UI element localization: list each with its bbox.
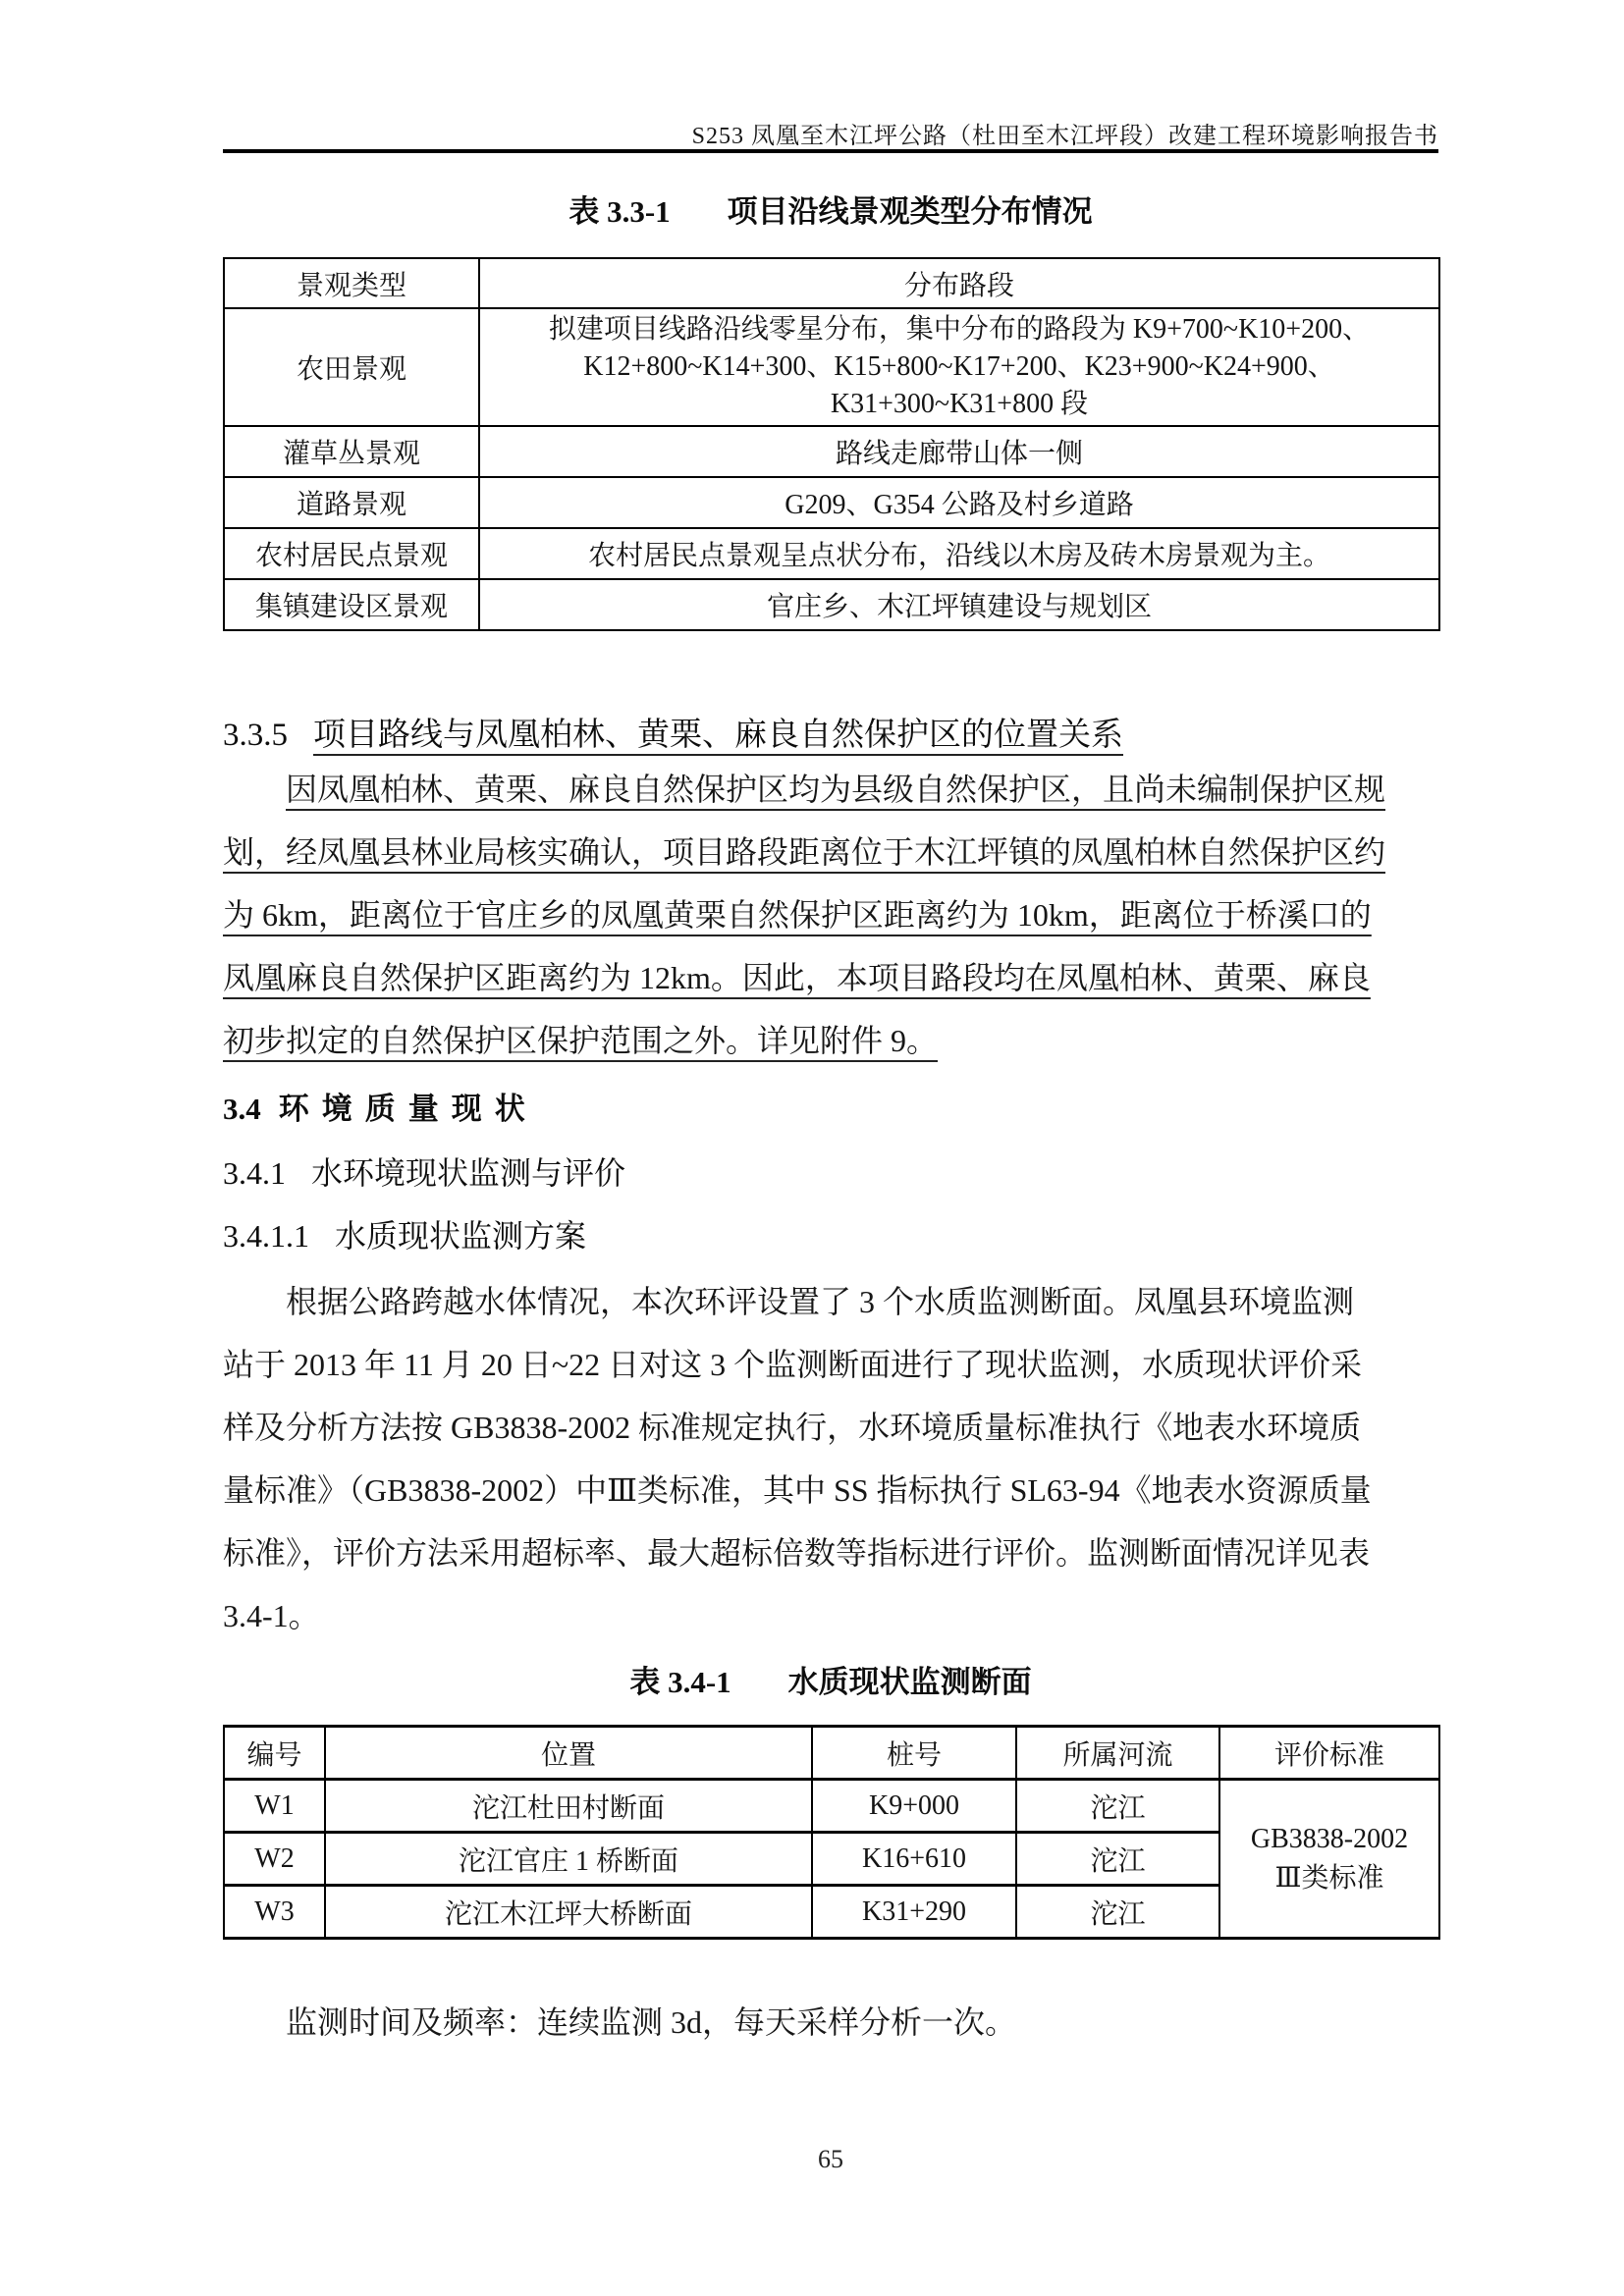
section-heading-3-3-5: 3.3.5项目路线与凤凰柏林、黄栗、麻良自然保护区的位置关系 [223, 709, 1438, 755]
section-heading-3-4-1: 3.4.1水环境现状监测与评价 [223, 1148, 1438, 1194]
cell-id: W1 [224, 1780, 325, 1833]
cell-landscape-type: 集镇建设区景观 [224, 579, 479, 630]
document-page: S253 凤凰至木江坪公路（杜田至木江坪段）改建工程环境影响报告书 表 3.3-… [0, 0, 1624, 2296]
paragraph-nature-reserves: 因凤凰柏林、黄栗、麻良自然保护区均为县级自然保护区，且尚未编制保护区规 划，经凤… [223, 758, 1438, 1072]
paragraph-line: 3.4-1。 [223, 1584, 1438, 1647]
table-row-shrub-grass: 灌草丛景观 路线走廊带山体一侧 [224, 426, 1439, 477]
cell-line: K12+800~K14+300、K15+800~K17+200、K23+900~… [488, 348, 1431, 386]
col-header-landscape-type: 景观类型 [224, 258, 479, 308]
table-row-road: 道路景观 G209、G354 公路及村乡道路 [224, 477, 1439, 528]
table-3-4-1-caption-label: 表 3.4-1 [629, 1657, 731, 1701]
cell-landscape-type: 农田景观 [224, 308, 479, 426]
col-header-id: 编号 [224, 1727, 325, 1780]
paragraph-line: 为 6km，距离位于官庄乡的凤凰黄栗自然保护区距离约为 10km，距离位于桥溪口… [223, 883, 1438, 946]
section-number: 3.4 [223, 1092, 261, 1126]
cell-id: W3 [224, 1886, 325, 1939]
table-header-row: 景观类型 分布路段 [224, 258, 1439, 308]
cell-river: 沱江 [1016, 1833, 1219, 1886]
section-heading-3-4-1-1: 3.4.1.1水质现状监测方案 [223, 1211, 1438, 1256]
cell-stake: K9+000 [812, 1780, 1016, 1833]
paragraph-line: 量标准》（GB3838-2002）中Ⅲ类标准，其中 SS 指标执行 SL63-9… [223, 1459, 1438, 1522]
paragraph-monitoring-frequency: 监测时间及频率：连续监测 3d，每天采样分析一次。 [223, 1998, 1438, 2043]
cell-distribution: 农村居民点景观呈点状分布，沿线以木房及砖木房景观为主。 [479, 528, 1439, 579]
paragraph-line-text: 划，经凤凰县林业局核实确认，项目路段距离位于木江坪镇的凤凰柏林自然保护区约 [223, 834, 1385, 870]
section-title: 水环境现状监测与评价 [311, 1155, 625, 1191]
paragraph-line: 标准》，评价方法采用超标率、最大超标倍数等指标进行评价。监测断面情况详见表 [223, 1522, 1438, 1584]
paragraph-line: 样及分析方法按 GB3838-2002 标准规定执行，水环境质量标准执行《地表水… [223, 1396, 1438, 1459]
cell-location: 沱江木江坪大桥断面 [325, 1886, 812, 1939]
table-row-farmland: 农田景观 拟建项目线路沿线零星分布，集中分布的路段为 K9+700~K10+20… [224, 308, 1439, 426]
table-header-row: 编号 位置 桩号 所属河流 评价标准 [224, 1727, 1439, 1780]
cell-id: W2 [224, 1833, 325, 1886]
cell-landscape-type: 农村居民点景观 [224, 528, 479, 579]
paragraph-line-text: 因凤凰柏林、黄栗、麻良自然保护区均为县级自然保护区，且尚未编制保护区规 [286, 772, 1385, 807]
table-row-town-construction: 集镇建设区景观 官庄乡、木江坪镇建设与规划区 [224, 579, 1439, 630]
paragraph-monitoring-plan: 根据公路跨越水体情况，本次环评设置了 3 个水质监测断面。凤凰县环境监测 站于 … [223, 1270, 1438, 1647]
cell-stake: K16+610 [812, 1833, 1016, 1886]
table-3-3-1-caption: 表 3.3-1 项目沿线景观类型分布情况 [223, 187, 1438, 231]
section-title: 水质现状监测方案 [335, 1218, 586, 1254]
paragraph-line: 凤凰麻良自然保护区距离约为 12km。因此，本项目路段均在凤凰柏林、黄栗、麻良 [223, 946, 1438, 1009]
table-row-rural-settlement: 农村居民点景观 农村居民点景观呈点状分布，沿线以木房及砖木房景观为主。 [224, 528, 1439, 579]
paragraph-line-text: 为 6km，距离位于官庄乡的凤凰黄栗自然保护区距离约为 10km，距离位于桥溪口… [223, 897, 1372, 933]
section-title: 环境质量现状 [279, 1092, 538, 1126]
paragraph-line: 根据公路跨越水体情况，本次环评设置了 3 个水质监测断面。凤凰县环境监测 [223, 1270, 1438, 1333]
cell-distribution: 路线走廊带山体一侧 [479, 426, 1439, 477]
paragraph-line: 因凤凰柏林、黄栗、麻良自然保护区均为县级自然保护区，且尚未编制保护区规 [223, 758, 1438, 821]
cell-river: 沱江 [1016, 1780, 1219, 1833]
section-number: 3.3.5 [223, 718, 288, 753]
cell-line: 拟建项目线路沿线零星分布，集中分布的路段为 K9+700~K10+200、 [488, 311, 1431, 348]
col-header-distribution-section: 分布路段 [479, 258, 1439, 308]
table-row-w1: W1 沱江杜田村断面 K9+000 沱江 GB3838-2002 Ⅲ类标准 [224, 1780, 1439, 1833]
cell-evaluation-standard: GB3838-2002 Ⅲ类标准 [1219, 1780, 1439, 1939]
landscape-distribution-table: 景观类型 分布路段 农田景观 拟建项目线路沿线零星分布，集中分布的路段为 K9+… [223, 257, 1440, 631]
section-number: 3.4.1 [223, 1155, 286, 1191]
cell-distribution: 官庄乡、木江坪镇建设与规划区 [479, 579, 1439, 630]
col-header-stake: 桩号 [812, 1727, 1016, 1780]
header-rule [223, 149, 1438, 153]
cell-distribution: 拟建项目线路沿线零星分布，集中分布的路段为 K9+700~K10+200、 K1… [479, 308, 1439, 426]
paragraph-line-text: 凤凰麻良自然保护区距离约为 12km。因此，本项目路段均在凤凰柏林、黄栗、麻良 [223, 960, 1371, 995]
water-quality-sections-table: 编号 位置 桩号 所属河流 评价标准 W1 沱江杜田村断面 K9+000 沱江 … [223, 1725, 1440, 1940]
cell-stake: K31+290 [812, 1886, 1016, 1939]
col-header-river: 所属河流 [1016, 1727, 1219, 1780]
col-header-standard: 评价标准 [1219, 1727, 1439, 1780]
col-header-location: 位置 [325, 1727, 812, 1780]
page-number: 65 [223, 2145, 1438, 2174]
section-heading-3-4: 3.4环境质量现状 [223, 1084, 1438, 1128]
table-3-3-1-caption-title: 项目沿线景观类型分布情况 [728, 187, 1093, 231]
cell-distribution: G209、G354 公路及村乡道路 [479, 477, 1439, 528]
cell-landscape-type: 道路景观 [224, 477, 479, 528]
table-3-4-1-caption-title: 水质现状监测断面 [788, 1657, 1032, 1701]
paragraph-line: 站于 2013 年 11 月 20 日~22 日对这 3 个监测断面进行了现状监… [223, 1333, 1438, 1396]
section-number: 3.4.1.1 [223, 1218, 309, 1254]
paragraph-line-text: 初步拟定的自然保护区保护范围之外。详见附件 9。 [223, 1023, 938, 1058]
standard-line: GB3838-2002 [1228, 1820, 1431, 1859]
table-3-3-1-caption-label: 表 3.3-1 [568, 187, 670, 231]
paragraph-line: 划，经凤凰县林业局核实确认，项目路段距离位于木江坪镇的凤凰柏林自然保护区约 [223, 821, 1438, 883]
section-title: 项目路线与凤凰柏林、黄栗、麻良自然保护区的位置关系 [313, 718, 1123, 753]
cell-location: 沱江官庄 1 桥断面 [325, 1833, 812, 1886]
cell-location: 沱江杜田村断面 [325, 1780, 812, 1833]
standard-line: Ⅲ类标准 [1228, 1859, 1431, 1898]
report-header-title: S253 凤凰至木江坪公路（杜田至木江坪段）改建工程环境影响报告书 [223, 116, 1438, 150]
cell-landscape-type: 灌草丛景观 [224, 426, 479, 477]
table-3-4-1-caption: 表 3.4-1 水质现状监测断面 [223, 1657, 1438, 1701]
cell-river: 沱江 [1016, 1886, 1219, 1939]
paragraph-line: 初步拟定的自然保护区保护范围之外。详见附件 9。 [223, 1009, 1438, 1072]
cell-line: K31+300~K31+800 段 [488, 386, 1431, 423]
